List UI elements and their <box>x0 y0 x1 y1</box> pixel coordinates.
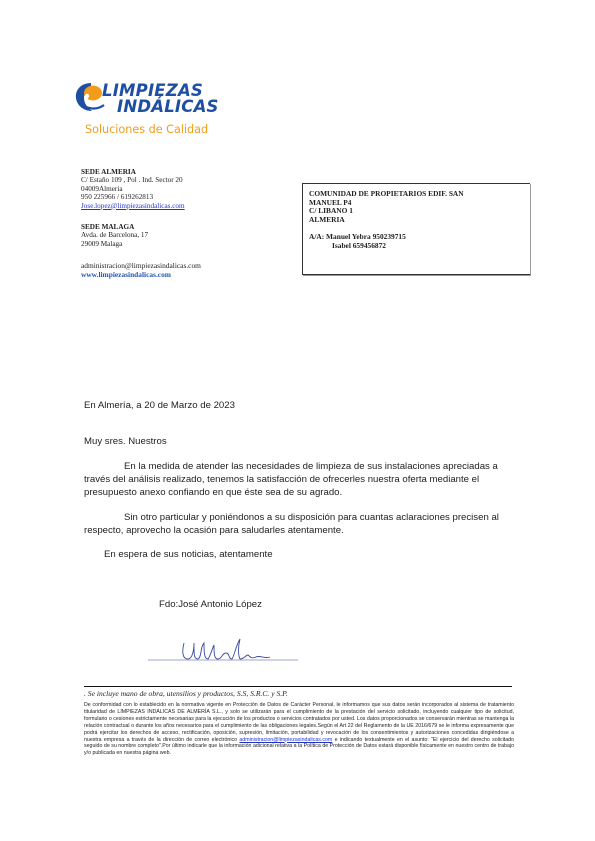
letter-greeting: Muy sres. Nuestros <box>84 435 524 448</box>
letter-closing: En espera de sus noticias, atentamente <box>104 548 544 561</box>
sede-almeria-email-link[interactable]: Jose.lopez@limpiezasindalicas.com <box>81 202 185 210</box>
logo-line2: INDÁLICAS <box>117 97 219 116</box>
contact-block: administracion@limpiezasindalicas.com ww… <box>81 262 201 279</box>
signature-icon <box>148 635 298 667</box>
sede-malaga-city: 29009 Malaga <box>81 240 148 248</box>
footer-divider <box>84 686 512 687</box>
sede-almeria-city: 04009Almeria <box>81 185 185 193</box>
website-link[interactable]: www.limpiezasindalicas.com <box>81 271 201 280</box>
logo-tagline: Soluciones de Calidad <box>85 123 208 136</box>
privacy-email-link[interactable]: administracion@limpiezasindalicas.com <box>239 737 332 743</box>
sede-almeria-phones: 950 225966 / 619262813 <box>81 193 185 201</box>
sede-malaga-title: SEDE MALAGA <box>81 223 134 231</box>
recipient-address-box: COMUNIDAD DE PROPIETARIOS EDIF. SAN MANU… <box>302 183 530 275</box>
sede-almeria: SEDE ALMERIA C/ Estaño 109 , Pol . Ind. … <box>81 168 185 210</box>
letter-date: En Almería, a 20 de Marzo de 2023 <box>84 399 524 412</box>
signer-name: Fdo:José Antonio López <box>159 599 262 610</box>
letter-page: LIMPIEZAS INDÁLICAS Soluciones de Calida… <box>0 0 595 841</box>
recipient-line4: ALMERIA <box>309 216 530 225</box>
privacy-notice: De conformidad con lo establecido en la … <box>84 702 514 757</box>
letter-paragraph-2: Sin otro particular y poniéndonos a su d… <box>84 511 524 537</box>
sede-almeria-title: SEDE ALMERIA <box>81 168 136 176</box>
company-logo: LIMPIEZAS INDÁLICAS Soluciones de Calida… <box>74 80 224 140</box>
sede-malaga-address: Avda. de Barcelona, 17 <box>81 231 148 239</box>
footer-note: . Se incluye mano de obra, utensilios y … <box>84 689 288 698</box>
sede-malaga: SEDE MALAGA Avda. de Barcelona, 17 29009… <box>81 223 148 248</box>
recipient-attention-2: Isabel 659456872 <box>309 242 530 251</box>
sede-almeria-address: C/ Estaño 109 , Pol . Ind. Sector 20 <box>81 176 185 184</box>
letter-paragraph-1: En la medida de atender las necesidades … <box>84 460 524 500</box>
